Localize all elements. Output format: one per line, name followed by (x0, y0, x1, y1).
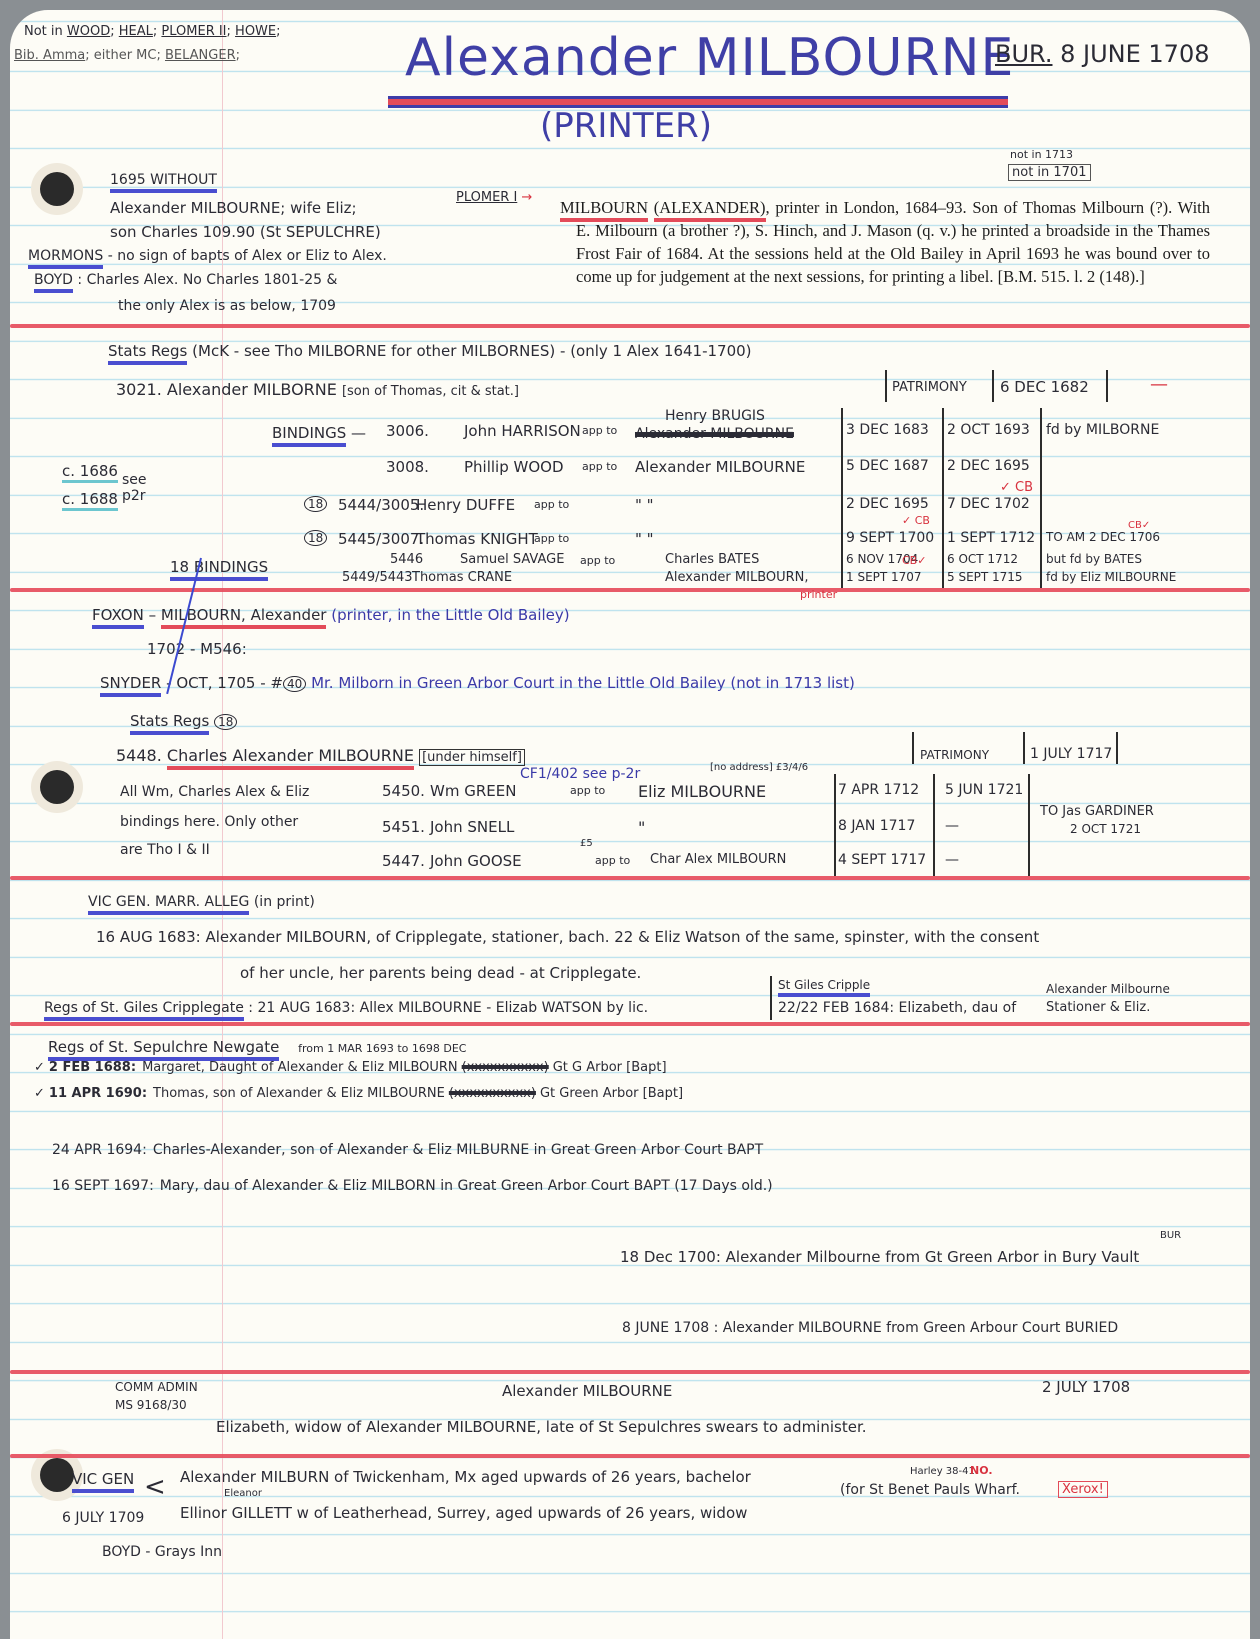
baptism-text: Mary, dau of Alexander & Eliz MILBORN in… (160, 1178, 773, 1194)
check-cb-mark: ✓ CB (1000, 480, 1033, 495)
binding-no: 5447. (382, 852, 425, 870)
source-ref: WOOD (67, 24, 110, 39)
check-cb-mark: ✓ CB (902, 514, 930, 527)
boyd-grays-inn: BOYD - Grays Inn (102, 1544, 222, 1560)
boyd-note: BOYD : Charles Alex. No Charles 1801-25 … (34, 272, 337, 288)
circled-number: 18 (304, 496, 327, 512)
apprentice-name: John GOOSE (430, 852, 522, 870)
plomer-printed-entry: MILBOURN (ALEXANDER), printer in London,… (590, 196, 1210, 288)
census-line: son Charles 109.90 (St SEPULCHRE) (110, 223, 381, 241)
source-ref: HOWE (235, 24, 276, 39)
burial-date-header: BUR. 8 JUNE 1708 (995, 40, 1210, 68)
baptism-text: Thomas, son of Alexander & Eliz MILBOURN… (153, 1086, 445, 1101)
plomer-given-name: (ALEXANDER) (654, 198, 766, 222)
bindings-18-label: 18 BINDINGS (170, 558, 268, 576)
not-in-sources-line2: Bib. Amma; either MC; BELANGER; (14, 48, 240, 63)
binding-no: 5449/5443 (342, 570, 413, 585)
vic-gen-marr-heading: VIC GEN. MARR. ALLEG (in print) (88, 894, 315, 910)
mormons-note: MORMONS - no sign of bapts of Alex or El… (28, 248, 387, 264)
stats-regs-entry: 3021. Alexander MILBORNE [son of Thomas,… (116, 380, 519, 399)
vic-gen-side-note: (for St Benet Pauls Wharf. (840, 1482, 1020, 1498)
bound-date: 4 SEPT 1717 (838, 852, 926, 868)
burial-date: 8 JUNE 1708 (1060, 40, 1209, 68)
baptism-text: Margaret, Daught of Alexander & Eliz MIL… (142, 1060, 458, 1075)
boyd-note-line2: the only Alex is as below, 1709 (118, 298, 336, 314)
baptism-place: Gt Green Arbor [Bapt] (540, 1086, 683, 1101)
binding-note: fd by MILBORNE (1046, 422, 1159, 438)
not-in-label: Not in (24, 24, 63, 39)
master-name: Charles BATES (665, 552, 759, 567)
check-cb-mark: CB✓ (902, 554, 926, 567)
freed-date: 7 DEC 1702 (947, 496, 1030, 512)
apprentice-name: Thomas CRANE (412, 570, 512, 585)
binding-note: fd by Eliz MILBOURNE (1046, 570, 1176, 584)
freed-date: 2 DEC 1695 (947, 458, 1030, 474)
entry-type: PATRIMONY (920, 748, 989, 762)
comm-admin-text: Elizabeth, widow of Alexander MILBOURNE,… (216, 1418, 867, 1436)
circled-number: 18 (304, 530, 327, 546)
address-note: [no address] £3/4/6 (710, 762, 808, 773)
baptism-date: 2 FEB 1688: (49, 1060, 136, 1075)
table-border (834, 774, 836, 876)
binding-note: TO Jas GARDINER (1040, 804, 1154, 819)
bound-date: 2 DEC 1695 (846, 496, 929, 512)
table-border (1106, 370, 1108, 402)
side-note: All Wm, Charles Alex & Eliz (120, 784, 309, 800)
app-to: app to (534, 498, 569, 511)
binding-no: 5444/3005. (338, 496, 424, 514)
source-ref: PLOMER II (161, 24, 226, 39)
freed-date: — (945, 852, 959, 868)
vic-gen-label: VIC GEN (72, 1470, 134, 1488)
master-name: " " (635, 530, 654, 548)
binding-no: 3008. (386, 458, 429, 476)
cf-note: CF1/402 see p-2r (520, 766, 640, 782)
baptism-place: Gt G Arbor [Bapt] (553, 1060, 667, 1075)
baptism-date: 24 APR 1694: (52, 1142, 147, 1158)
title-surname: MILBOURNE (695, 28, 1015, 88)
freed-date: 5 SEPT 1715 (947, 570, 1023, 584)
table-border (942, 408, 944, 588)
binding-note: TO AM 2 DEC 1706 (1046, 530, 1160, 544)
app-to: app to (582, 460, 617, 473)
circa-date: c. 1686 (62, 462, 118, 483)
baptism-entry: 16 SEPT 1697:Mary, dau of Alexander & El… (52, 1178, 773, 1194)
master-name: Henry BRUGIS (665, 408, 765, 424)
burial-entry: 8 JUNE 1708 : Alexander MILBOURNE from G… (622, 1320, 1118, 1336)
app-to: app to (580, 554, 615, 567)
stats-regs-2-heading: Stats Regs 18 (130, 712, 237, 730)
plomer-surname: MILBOURN (560, 198, 648, 222)
apprentice-name: Samuel SAVAGE (460, 552, 564, 567)
binding-no: 5446 (390, 552, 423, 567)
plomer-annotation-box: not in 1701 (1008, 164, 1091, 181)
table-border (1040, 408, 1042, 588)
binding-no: 3006. (386, 422, 429, 440)
source-ref: HEAL (119, 24, 153, 39)
section-divider (10, 324, 1250, 328)
bound-date: 9 SEPT 1700 (846, 530, 934, 546)
entry-date: 6 DEC 1682 (1000, 378, 1089, 396)
bound-date: 3 DEC 1683 (846, 422, 929, 438)
table-border (992, 370, 994, 402)
master-name: Alexander MILBOURN, (665, 570, 809, 585)
table-border (885, 370, 887, 402)
plomer-annotation: not in 1713 (1010, 148, 1073, 161)
burial-entry: 18 Dec 1700: Alexander Milbourne from Gt… (620, 1248, 1139, 1266)
marriage-allegation-line: 16 AUG 1683: Alexander MILBOURN, of Crip… (96, 928, 1039, 946)
xerox-box: Xerox! (1058, 1478, 1108, 1497)
app-to: app to (582, 424, 617, 437)
entry-type: PATRIMONY (892, 380, 967, 395)
table-border (912, 732, 914, 764)
census-line: Alexander MILBOURNE; wife Eliz; (110, 199, 357, 217)
vic-gen-correction: Eleanor (224, 1488, 262, 1499)
freed-date: — (945, 818, 959, 834)
st-giles-side-end: Stationer & Eliz. (1046, 1000, 1150, 1015)
apprentice-name: Thomas KNIGHT (416, 530, 538, 548)
master-name: " (638, 818, 645, 837)
freed-date: 6 OCT 1712 (947, 552, 1018, 566)
st-giles-side-text: 22/22 FEB 1684: Elizabeth, dau of (778, 1000, 1016, 1016)
table-border (1023, 732, 1025, 764)
st-sepulchre-heading: Regs of St. Sepulchre Newgate from 1 MAR… (48, 1038, 466, 1056)
baptism-text: Charles-Alexander, son of Alexander & El… (153, 1142, 763, 1158)
vic-gen-line: Ellinor GILLETT w of Leatherhead, Surrey… (180, 1504, 747, 1522)
st-giles-entry: Regs of St. Giles Cripplegate : 21 AUG 1… (44, 1000, 648, 1016)
struck-text: (xxxxxxxxxx) (462, 1060, 549, 1075)
punch-hole (40, 770, 74, 804)
comm-admin-date: 2 JULY 1708 (1042, 1378, 1130, 1396)
entry-dash: — (1150, 374, 1168, 395)
row-marker: 18 (304, 496, 327, 512)
check-icon: ✓ (34, 1086, 45, 1101)
table-border (1116, 732, 1118, 764)
apprentice-name: Phillip WOOD (464, 458, 564, 476)
source-ref: Bib. Amma (14, 48, 85, 63)
comm-admin-name: Alexander MILBOURNE (502, 1382, 672, 1400)
app-to: app to (570, 784, 605, 797)
stats-regs-2-entry: 5448. Charles Alexander MILBOURNE [under… (116, 746, 525, 765)
source-ref: BELANGER (165, 48, 236, 63)
section-divider (10, 1370, 1250, 1374)
freed-date: 5 JUN 1721 (945, 782, 1023, 798)
st-giles-side-above: Alexander Milbourne (1046, 982, 1170, 996)
table-border (770, 976, 772, 1020)
stats-regs-heading: Stats Regs (McK - see Tho MILBORNE for o… (108, 342, 752, 360)
foxon-ref: 1702 - M546: (147, 640, 247, 658)
entry-date: 1 JULY 1717 (1030, 746, 1112, 762)
master-name: Char Alex MILBOURN (650, 852, 786, 867)
freed-date: 2 OCT 1693 (947, 422, 1030, 438)
row-marker: 18 (304, 530, 327, 546)
struck-text: (xxxxxxxxxx) (449, 1086, 536, 1101)
binding-no: 5445/3007. (338, 530, 424, 548)
st-giles-side-label: St Giles Cripple (778, 978, 870, 992)
notebook-page: Not in WOOD; HEAL; PLOMER II; HOWE; Bib.… (10, 10, 1250, 1639)
harley-ref: Harley 38-41 (910, 1466, 975, 1477)
bound-date: 5 DEC 1687 (846, 458, 929, 474)
binding-note: but fd by BATES (1046, 552, 1142, 566)
app-to: app to (534, 532, 569, 545)
baptism-entry: 24 APR 1694:Charles-Alexander, son of Al… (52, 1142, 763, 1158)
bound-date: 7 APR 1712 (838, 782, 919, 798)
occupation: (PRINTER) (540, 106, 712, 146)
section-divider (10, 588, 1250, 592)
page-title: Alexander MILBOURNE (405, 28, 1014, 88)
bracket-icon: < (144, 1472, 166, 1502)
check-cb-mark: CB✓ (1128, 520, 1150, 531)
freed-date: 1 SEPT 1712 (947, 530, 1035, 546)
vic-gen-line: Alexander MILBURN of Twickenham, Mx aged… (180, 1468, 751, 1486)
side-note: bindings here. Only other (120, 814, 298, 830)
comm-admin-label: COMM ADMIN (115, 1380, 198, 1394)
circa-date: c. 1688 (62, 490, 118, 511)
apprentice-name: John HARRISON (464, 422, 581, 440)
plomer-reference: [B.M. 515. l. 2 (148).] (998, 267, 1145, 286)
bound-date: 1 SEPT 1707 (846, 570, 922, 584)
apprentice-name: John SNELL (430, 818, 514, 836)
app-to: app to (595, 854, 630, 867)
title-first-name: Alexander (405, 28, 677, 88)
snyder-note: SNYDER - OCT, 1705 - #40 Mr. Milborn in … (100, 674, 855, 692)
vic-gen-date: 6 JULY 1709 (62, 1510, 144, 1526)
master-name: Eliz MILBOURNE (638, 782, 766, 801)
binding-note-date: 2 OCT 1721 (1070, 822, 1141, 836)
apprentice-name: Henry DUFFE (416, 496, 515, 514)
fee-note: £5 (580, 838, 593, 849)
binding-no: 5451. (382, 818, 425, 836)
baptism-entry: ✓2 FEB 1688:Margaret, Daught of Alexande… (34, 1060, 667, 1075)
baptism-date: 11 APR 1690: (49, 1086, 147, 1101)
table-border (841, 408, 843, 588)
table-border (1028, 774, 1030, 876)
plomer-label: PLOMER I → (456, 190, 532, 205)
apprentice-name: Wm GREEN (430, 782, 516, 800)
burial-mark: BUR (1160, 1230, 1181, 1241)
master-name: Alexander MILBOURNE (635, 458, 805, 476)
not-in-sources-line1: Not in WOOD; HEAL; PLOMER II; HOWE; (24, 24, 281, 39)
see-page-note: see p2r (122, 472, 156, 504)
harley-no: NO. (970, 1464, 993, 1477)
bound-date: 8 JAN 1717 (838, 818, 915, 834)
section-divider (10, 876, 1250, 880)
master-struck-name: Alexander MILBOURNE (635, 426, 794, 442)
check-icon: ✓ (34, 1060, 45, 1075)
master-name: " " (635, 496, 654, 514)
burial-label: BUR. (995, 40, 1052, 68)
comm-admin-ref: MS 9168/30 (115, 1398, 187, 1412)
baptism-date: 16 SEPT 1697: (52, 1178, 154, 1194)
arrow-icon: → (521, 190, 532, 205)
binding-no: 5450. (382, 782, 425, 800)
foxon-note: FOXON – MILBOURN, Alexander (printer, in… (92, 606, 570, 624)
bindings-label: BINDINGS — (272, 424, 366, 442)
source-ref: either MC (94, 48, 157, 63)
punch-hole (40, 1458, 74, 1492)
census-heading: 1695 WITHOUT (110, 172, 217, 188)
table-border (933, 774, 935, 876)
section-divider (10, 1022, 1250, 1026)
punch-hole (40, 172, 74, 206)
printer-note: printer (800, 588, 837, 601)
section-divider (10, 1454, 1250, 1458)
baptism-entry: ✓11 APR 1690:Thomas, son of Alexander & … (34, 1086, 683, 1101)
marriage-allegation-line: of her uncle, her parents being dead - a… (240, 964, 641, 982)
side-note: are Tho I & II (120, 842, 210, 858)
